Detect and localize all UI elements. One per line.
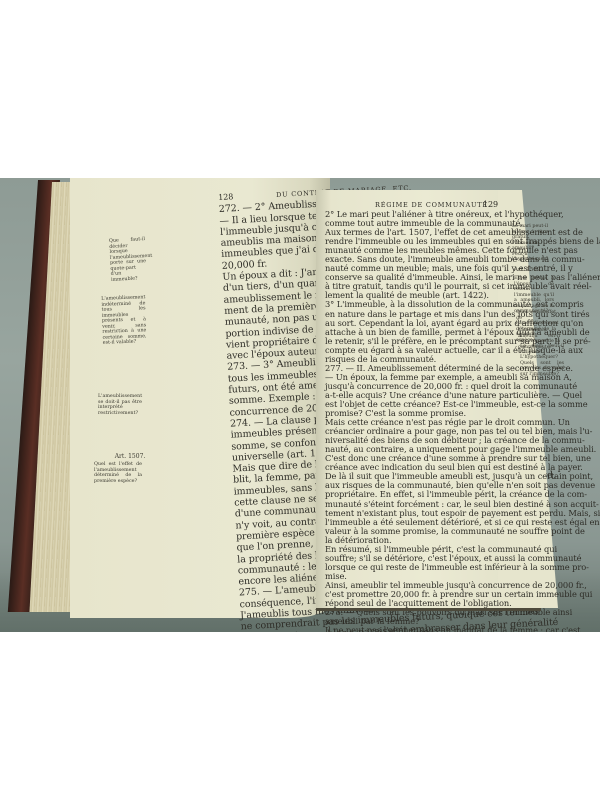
margin-article-ref: Art. 1507. (110, 454, 150, 460)
book-photograph: 128 DU CONTRAT DE MARIAGE, ETC. 272. — 2… (0, 178, 600, 632)
margin-note: Que faut-il décider lorsque l'ameublisse… (109, 237, 147, 283)
right-running-head: RÉGIME DE COMMUNAUTÉ. (375, 201, 491, 209)
margin-note: Le mari peut-il aliéner à titre gratuit … (512, 224, 548, 263)
margin-note: Est-il permis à l'époux de retenir l'imm… (514, 276, 554, 315)
right-page-number: 129 (483, 200, 498, 209)
page-bottom-edge (316, 608, 541, 611)
text-line: Il ne peut pas l'aliéner sans un mandat … (325, 626, 600, 632)
left-page: 128 DU CONTRAT DE MARIAGE, ETC. 272. — 2… (70, 178, 330, 618)
margin-note: Quel est l'effet de l'ameublissement dét… (94, 462, 142, 484)
margin-note: L'ameublissement se doit-il pas être int… (98, 394, 142, 416)
right-page-text: RÉGIME DE COMMUNAUTÉ. 129 2° Le mari peu… (325, 200, 600, 632)
margin-note: Le mari peut-il l'aliéner? L'hypothéquer… (520, 344, 564, 377)
text-line: lorsque ce qui reste de l'immeuble est i… (325, 563, 600, 572)
left-page-number: 128 (218, 192, 233, 202)
margin-note: L'ameublissement indéterminé de tous les… (101, 295, 147, 346)
margin-article-ref: Art. 1509. (514, 268, 550, 274)
